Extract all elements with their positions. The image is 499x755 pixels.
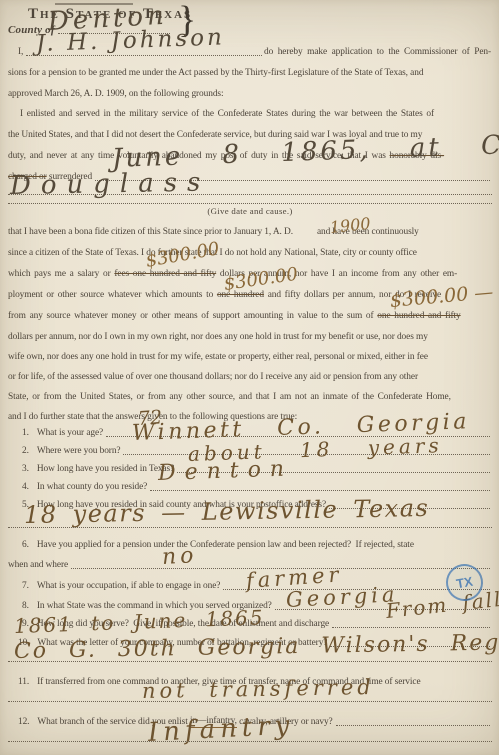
question-row-6: 6. Have you applied for a pension under …: [8, 540, 414, 551]
answer-residence-handwritten: 18 years — Lewisville Texas: [24, 496, 430, 527]
citizenship-line5-pre: from any source whatever money or other …: [8, 311, 377, 322]
answer-state-organized-handwritten: Georgia: [285, 584, 399, 611]
question-number: 1.: [22, 428, 29, 439]
question-row-4: 4. In what county do you reside?: [8, 482, 492, 493]
struck-amount-3: one hundred and fifty: [377, 311, 460, 322]
struck-amount-1: fees one hundred and fifty: [114, 269, 216, 280]
amount-handwritten-3: $300.00 —: [389, 283, 494, 311]
intro-line3: approved March 26, A. D. 1909, on the fo…: [8, 89, 223, 100]
answer-company-handwritten: Co G. 30th Georgia Wilson's Regmt: [14, 632, 499, 663]
answer-fill-line: [336, 725, 490, 726]
question-number: 8.: [22, 601, 29, 612]
pension-application-document: The State of Texas } County of Denton I,…: [0, 0, 499, 755]
question-text: In what county do you reside?: [37, 482, 147, 493]
answer-county-handwritten: Denton: [158, 458, 294, 485]
citizenship-line4-pre: ployment or other source whatever which …: [8, 290, 217, 301]
year-handwritten: 1900: [329, 216, 371, 236]
fill-line: [8, 701, 492, 702]
intro-line2: sions for a pension to be granted me und…: [8, 68, 423, 79]
fill-line: [8, 661, 492, 662]
fill-line: [8, 203, 492, 204]
question-text: How long have you resided in Texas?: [37, 464, 174, 475]
fill-line: [8, 741, 492, 742]
answer-fill-line: [332, 627, 490, 628]
tx-stamp-text: TX: [455, 574, 474, 592]
citizenship-line8: or for life, of the assessed value of ov…: [8, 372, 418, 383]
question-number: 12.: [18, 717, 29, 728]
answer-rejected-handwritten: no: [161, 545, 198, 569]
question-number: 4.: [22, 482, 29, 493]
answer-transfer-handwritten: not transferred: [142, 677, 375, 702]
fill-line: [8, 194, 492, 195]
question-text: What is your age?: [37, 428, 103, 439]
question-number: 2.: [22, 446, 29, 457]
fill-line: [8, 527, 492, 528]
question-text: What is your occupation, if able to enga…: [37, 581, 220, 592]
enlistment-line1: I enlisted and served in the military se…: [20, 109, 434, 120]
citizenship-line6: dollars per annum, nor do I own in my ow…: [8, 332, 428, 343]
question-number: 3.: [22, 464, 29, 475]
i-label: I,: [18, 47, 23, 58]
question-number: 6.: [22, 540, 29, 551]
answer-fill-line: [150, 490, 490, 491]
question-text: when and where: [8, 560, 68, 571]
question-number: 7.: [22, 581, 29, 592]
give-date-cause-caption: (Give date and cause.): [8, 206, 492, 216]
question-text: Have you applied for a pension under the…: [37, 540, 414, 551]
citizenship-line7: wife own, nor does any one hold in trust…: [8, 352, 428, 363]
question-number: 11.: [18, 677, 29, 688]
citizenship-line5: from any source whatever money or other …: [8, 311, 461, 322]
intro-line1-text: do hereby make application to the Commis…: [264, 47, 491, 58]
citizenship-line1-pre: that I have been a bona fide citizen of …: [8, 227, 293, 238]
amount-handwritten-1: $300.00: [144, 240, 220, 271]
citizenship-line9: State, or from the United States, or fro…: [8, 392, 451, 403]
citizenship-line3-pre: which pays me a salary or: [8, 269, 114, 280]
question-text: Where were you born?: [37, 446, 121, 457]
